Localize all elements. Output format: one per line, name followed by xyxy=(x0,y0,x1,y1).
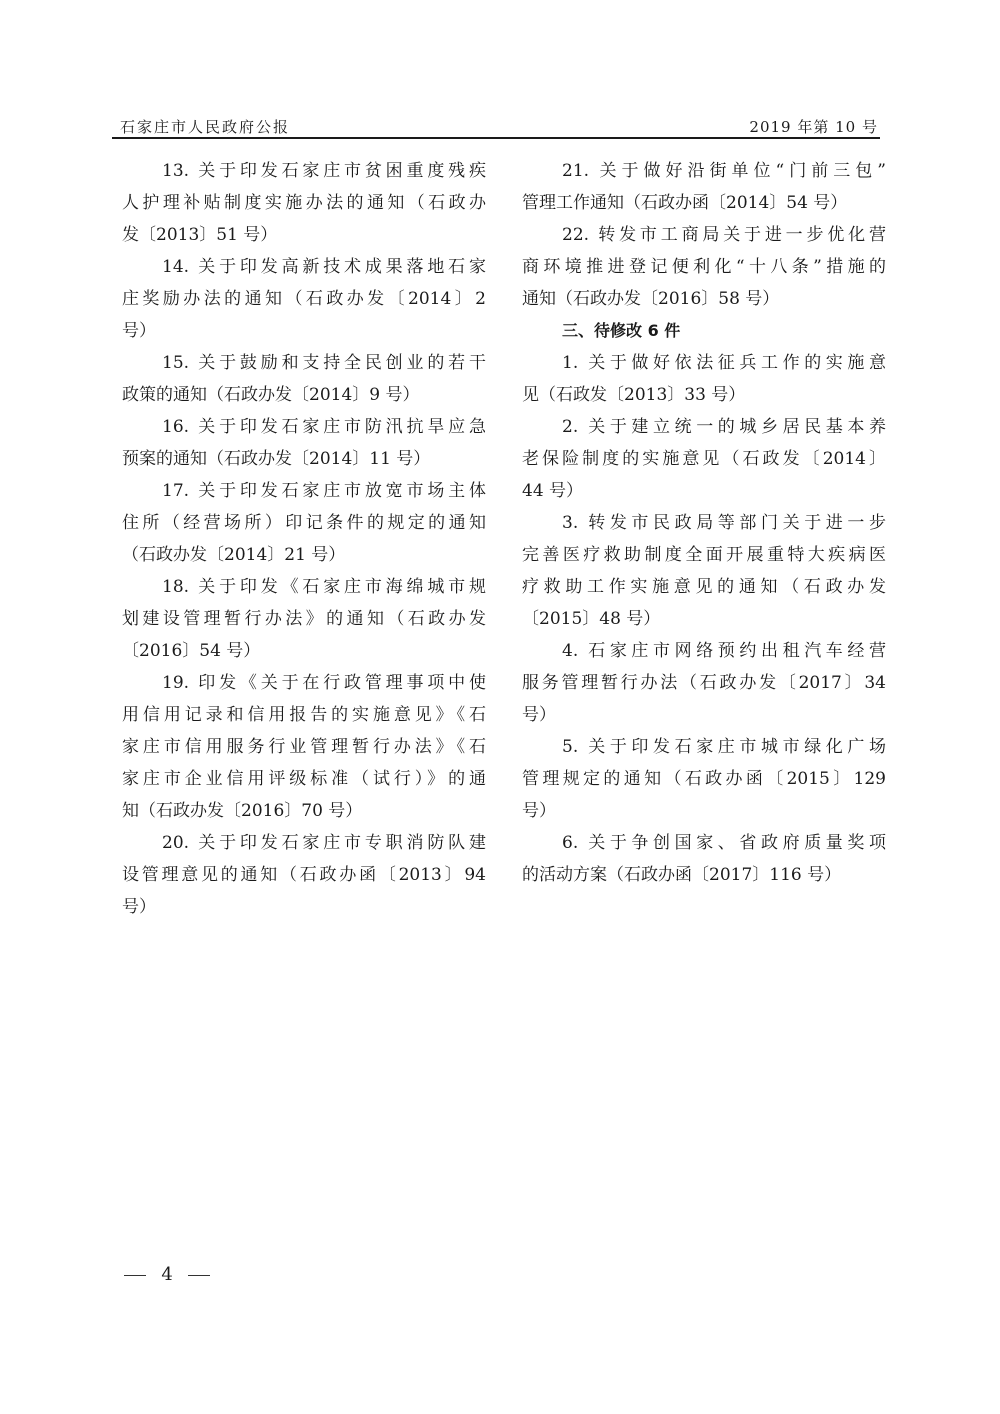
text-line: 人护理补贴制度实施办法的通知（石政办 xyxy=(122,187,486,219)
text-line: 〔2015〕48 号） xyxy=(522,603,886,635)
text-line: 设管理意见的通知（石政办函〔2013〕94 xyxy=(122,859,486,891)
text-line: 44 号） xyxy=(522,475,886,507)
text-line: 14. 关于印发高新技术成果落地石家 xyxy=(122,251,486,283)
text-line: 预案的通知（石政办发〔2014〕11 号） xyxy=(122,443,486,475)
text-line: 18. 关于印发《石家庄市海绵城市规 xyxy=(122,571,486,603)
left-column: 13. 关于印发石家庄市贫困重度残疾人护理补贴制度实施办法的通知（石政办发〔20… xyxy=(122,155,486,923)
footer-dash-left xyxy=(124,1275,146,1276)
text-line: 管理工作通知（石政办函〔2014〕54 号） xyxy=(522,187,886,219)
page-number: 4 xyxy=(161,1264,172,1285)
text-line: 6. 关于争创国家、省政府质量奖项 xyxy=(522,827,886,859)
running-header: 石家庄市人民政府公报 2019 年第 10 号 xyxy=(118,114,878,138)
text-line: 号） xyxy=(122,315,486,347)
page-footer: 4 xyxy=(124,1264,210,1285)
footer-dash-right xyxy=(188,1275,210,1276)
text-line: 老保险制度的实施意见（石政发〔2014〕 xyxy=(522,443,886,475)
text-line: 服务管理暂行办法（石政办发〔2017〕34 xyxy=(522,667,886,699)
header-divider xyxy=(112,137,880,139)
text-line: 17. 关于印发石家庄市放宽市场主体 xyxy=(122,475,486,507)
text-line: 5. 关于印发石家庄市城市绿化广场 xyxy=(522,731,886,763)
text-line: 发〔2013〕51 号） xyxy=(122,219,486,251)
text-line: （石政办发〔2014〕21 号） xyxy=(122,539,486,571)
text-line: 〔2016〕54 号） xyxy=(122,635,486,667)
text-line: 15. 关于鼓励和支持全民创业的若干 xyxy=(122,347,486,379)
text-line: 知（石政办发〔2016〕70 号） xyxy=(122,795,486,827)
text-line: 用信用记录和信用报告的实施意见》《石 xyxy=(122,699,486,731)
text-line: 庄奖励办法的通知（石政办发〔2014〕2 xyxy=(122,283,486,315)
issue-number: 2019 年第 10 号 xyxy=(749,116,878,137)
text-line: 19. 印发《关于在行政管理事项中使 xyxy=(122,667,486,699)
text-line: 3. 转发市民政局等部门关于进一步 xyxy=(522,507,886,539)
text-line: 住所（经营场所）印记条件的规定的通知 xyxy=(122,507,486,539)
text-line: 划建设管理暂行办法》的通知（石政办发 xyxy=(122,603,486,635)
text-line: 完善医疗救助制度全面开展重特大疾病医 xyxy=(522,539,886,571)
text-line: 21. 关于做好沿街单位“门前三包” xyxy=(522,155,886,187)
right-column: 21. 关于做好沿街单位“门前三包”管理工作通知（石政办函〔2014〕54 号）… xyxy=(522,155,886,891)
text-line: 号） xyxy=(522,699,886,731)
text-line: 4. 石家庄市网络预约出租汽车经营 xyxy=(522,635,886,667)
text-line: 2. 关于建立统一的城乡居民基本养 xyxy=(522,411,886,443)
section-heading: 三、待修改 6 件 xyxy=(522,315,886,347)
text-line: 政策的通知（石政办发〔2014〕9 号） xyxy=(122,379,486,411)
text-line: 商环境推进登记便利化“十八条”措施的 xyxy=(522,251,886,283)
text-line: 1. 关于做好依法征兵工作的实施意 xyxy=(522,347,886,379)
text-line: 管理规定的通知（石政办函〔2015〕129 xyxy=(522,763,886,795)
text-line: 见（石政发〔2013〕33 号） xyxy=(522,379,886,411)
publication-title: 石家庄市人民政府公报 xyxy=(120,116,290,137)
text-line: 13. 关于印发石家庄市贫困重度残疾 xyxy=(122,155,486,187)
text-line: 号） xyxy=(522,795,886,827)
text-line: 20. 关于印发石家庄市专职消防队建 xyxy=(122,827,486,859)
text-line: 疗救助工作实施意见的通知（石政办发 xyxy=(522,571,886,603)
text-line: 的活动方案（石政办函〔2017〕116 号） xyxy=(522,859,886,891)
text-line: 号） xyxy=(122,891,486,923)
text-line: 22. 转发市工商局关于进一步优化营 xyxy=(522,219,886,251)
text-line: 家庄市信用服务行业管理暂行办法》《石 xyxy=(122,731,486,763)
text-line: 通知（石政办发〔2016〕58 号） xyxy=(522,283,886,315)
text-line: 16. 关于印发石家庄市防汛抗旱应急 xyxy=(122,411,486,443)
text-line: 家庄市企业信用评级标准（试行）》的通 xyxy=(122,763,486,795)
